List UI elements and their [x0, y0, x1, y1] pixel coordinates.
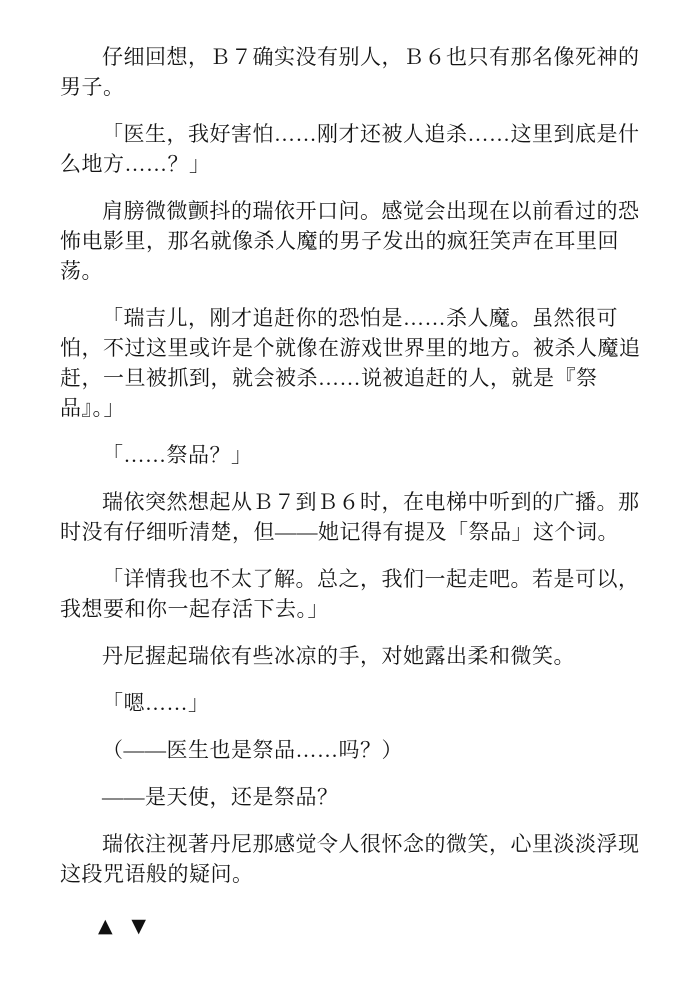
scroll-up-button[interactable]: ▲ [98, 915, 113, 937]
paragraph: 「……祭品？」 [60, 440, 644, 470]
paragraph: 丹尼握起瑞依有些冰凉的手，对她露出柔和微笑。 [60, 641, 644, 671]
paragraph: （——医生也是祭品……吗？） [60, 735, 644, 765]
paragraph: 「嗯……」 [60, 688, 644, 718]
paragraph: 瑞依突然想起从Ｂ７到Ｂ６时，在电梯中听到的广播。那时没有仔细听清楚，但——她记得… [60, 487, 644, 547]
paragraph: 瑞依注视著丹尼那感觉令人很怀念的微笑，心里淡淡浮现这段咒语般的疑问。 [60, 829, 644, 889]
page-nav: ▲ ▼ [60, 915, 644, 938]
paragraph: ——是天使，还是祭品？ [60, 782, 644, 812]
novel-reader-page: 仔细回想，Ｂ７确实没有别人，Ｂ６也只有那名像死神的男子。 「医生，我好害怕……刚… [0, 0, 700, 992]
paragraph: 仔细回想，Ｂ７确实没有别人，Ｂ６也只有那名像死神的男子。 [60, 42, 644, 102]
paragraph: 「详情我也不太了解。总之，我们一起走吧。若是可以，我想要和你一起存活下去。」 [60, 564, 644, 624]
scroll-down-button[interactable]: ▼ [131, 915, 146, 937]
paragraph: 「瑞吉儿，刚才追赶你的恐怕是……杀人魔。虽然很可怕，不过这里或许是个就像在游戏世… [60, 303, 644, 423]
paragraph: 肩膀微微颤抖的瑞依开口问。感觉会出现在以前看过的恐怖电影里，那名就像杀人魔的男子… [60, 196, 644, 286]
paragraph: 「医生，我好害怕……刚才还被人追杀……这里到底是什么地方……？」 [60, 119, 644, 179]
